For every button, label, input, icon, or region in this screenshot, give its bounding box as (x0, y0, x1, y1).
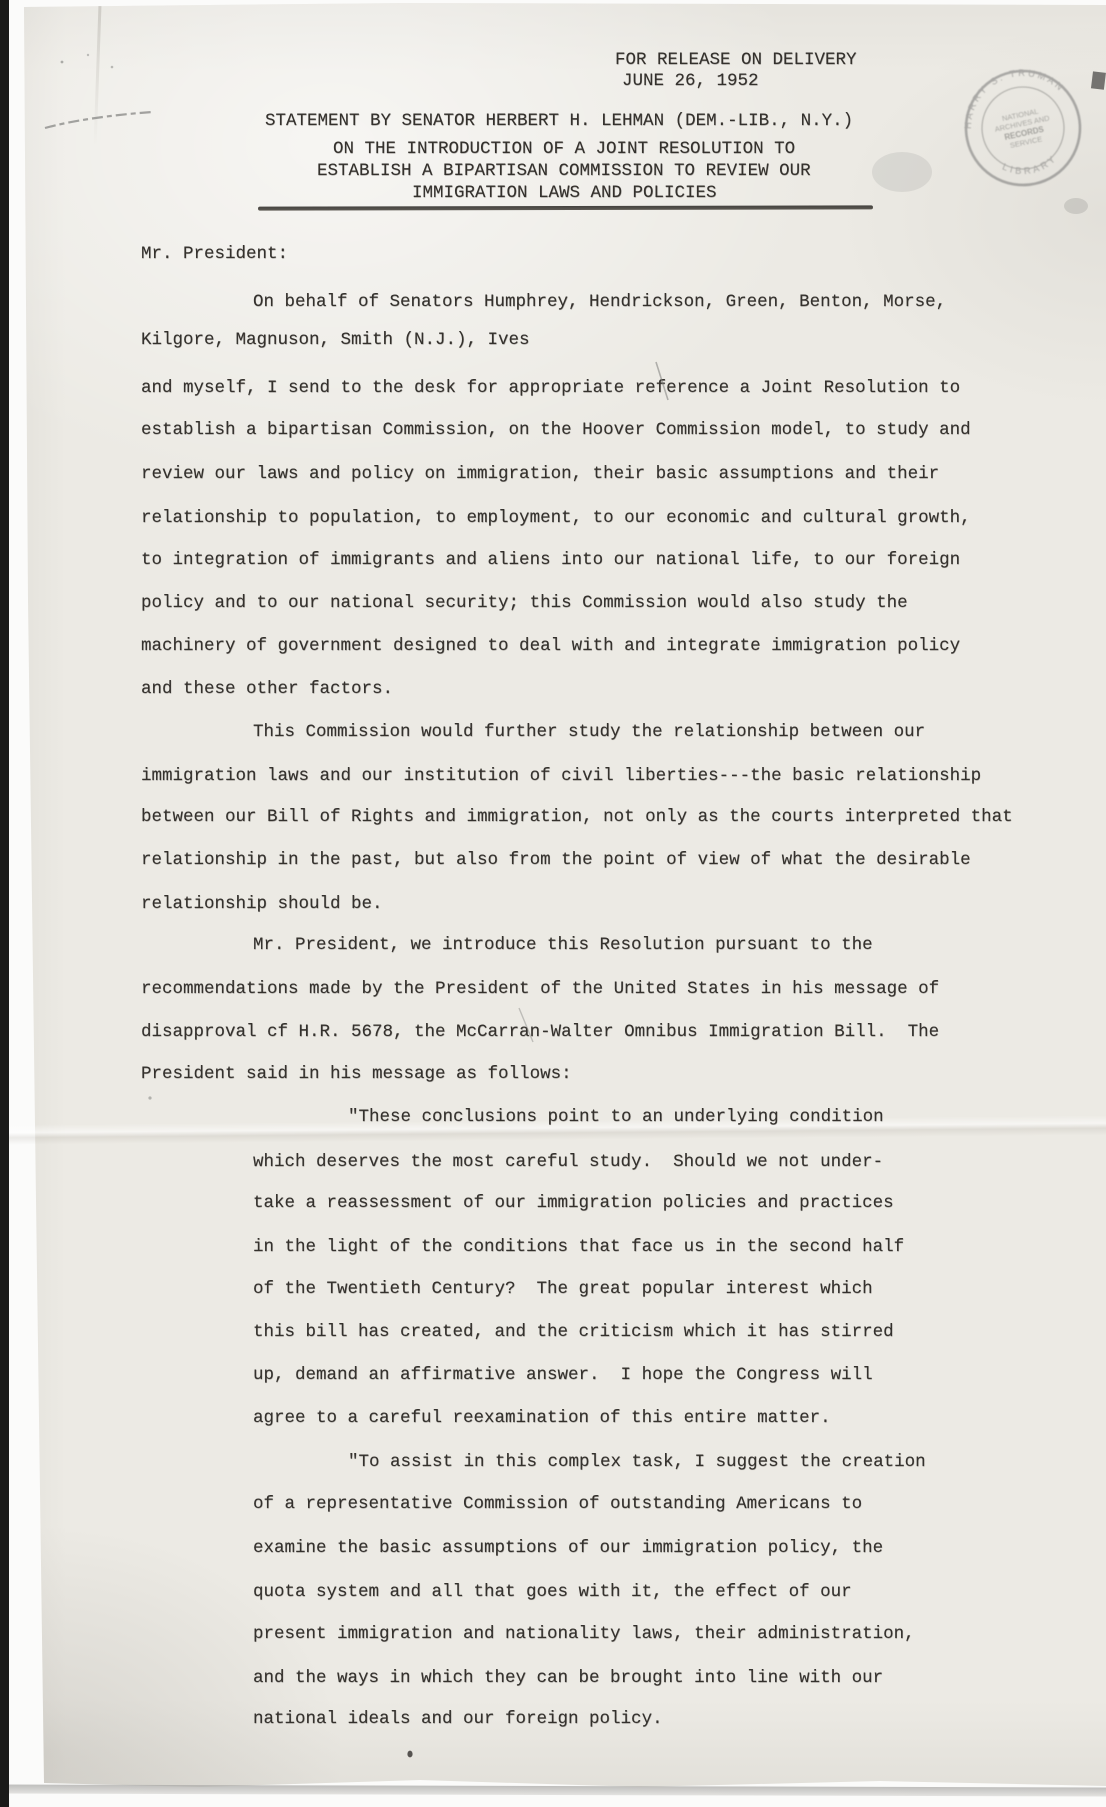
body-line: which deserves the most careful study. S… (253, 1151, 883, 1173)
archive-stamp: HARRY S. TRUMAN LIBRARY NATIONAL ARCHIVE… (940, 45, 1106, 211)
release-line: FOR RELEASE ON DELIVERY (615, 49, 857, 71)
title-line: STATEMENT BY SENATOR HERBERT H. LEHMAN (… (265, 110, 853, 132)
title-line: IMMIGRATION LAWS AND POLICIES (412, 182, 717, 204)
body-line: and the ways in which they can be brough… (253, 1667, 883, 1689)
body-line: This Commission would further study the … (253, 721, 925, 743)
body-line: of the Twentieth Century? The great popu… (253, 1278, 873, 1300)
body-line: Mr. President, we introduce this Resolut… (253, 934, 873, 956)
body-line: in the light of the conditions that face… (253, 1236, 904, 1258)
title-line: ESTABLISH A BIPARTISAN COMMISSION TO REV… (317, 160, 811, 182)
body-line: examine the basic assumptions of our imm… (253, 1537, 883, 1559)
body-line: agree to a careful reexamination of this… (253, 1407, 831, 1429)
body-line: and myself, I send to the desk for appro… (141, 377, 960, 399)
body-line: relationship to population, to employmen… (141, 507, 971, 529)
body-line: to integration of immigrants and aliens … (141, 549, 960, 571)
body-line: take a reassessment of our immigration p… (253, 1192, 894, 1214)
body-line: review our laws and policy on immigratio… (141, 463, 939, 485)
body-line: establish a bipartisan Commission, on th… (141, 419, 971, 441)
scan-edge-strip (0, 0, 9, 1807)
scanned-document-page: FOR RELEASE ON DELIVERYJUNE 26, 1952STAT… (0, 0, 1106, 1807)
body-line: of a representative Commission of outsta… (253, 1493, 862, 1515)
body-line: relationship in the past, but also from … (141, 849, 971, 871)
body-line: "These conclusions point to an underlyin… (348, 1106, 884, 1128)
typewritten-text-layer: FOR RELEASE ON DELIVERYJUNE 26, 1952STAT… (0, 0, 1106, 1807)
body-line: quota system and all that goes with it, … (253, 1581, 852, 1603)
title-line: ON THE INTRODUCTION OF A JOINT RESOLUTIO… (333, 138, 795, 160)
body-line: "To assist in this complex task, I sugge… (348, 1451, 926, 1473)
body-line: President said in his message as follows… (141, 1063, 572, 1085)
body-line: policy and to our national security; thi… (141, 592, 908, 614)
body-line: between our Bill of Rights and immigrati… (141, 806, 1013, 828)
body-line: Mr. President: (141, 243, 288, 265)
release-line: JUNE 26, 1952 (622, 70, 759, 92)
body-line: relationship should be. (141, 893, 383, 915)
body-line: and these other factors. (141, 678, 393, 700)
body-line: immigration laws and our institution of … (141, 765, 981, 787)
body-line: up, demand an affirmative answer. I hope… (253, 1364, 873, 1386)
body-line: this bill has created, and the criticism… (253, 1321, 894, 1343)
body-line: On behalf of Senators Humphrey, Hendrick… (253, 291, 946, 313)
body-line: present immigration and nationality laws… (253, 1623, 915, 1645)
body-line: recommendations made by the President of… (141, 978, 939, 1000)
body-line: machinery of government designed to deal… (141, 635, 960, 657)
body-line: Kilgore, Magnuson, Smith (N.J.), Ives (141, 329, 530, 351)
body-line: national ideals and our foreign policy. (253, 1708, 663, 1730)
body-line: disapproval cf H.R. 5678, the McCarran-W… (141, 1021, 939, 1043)
